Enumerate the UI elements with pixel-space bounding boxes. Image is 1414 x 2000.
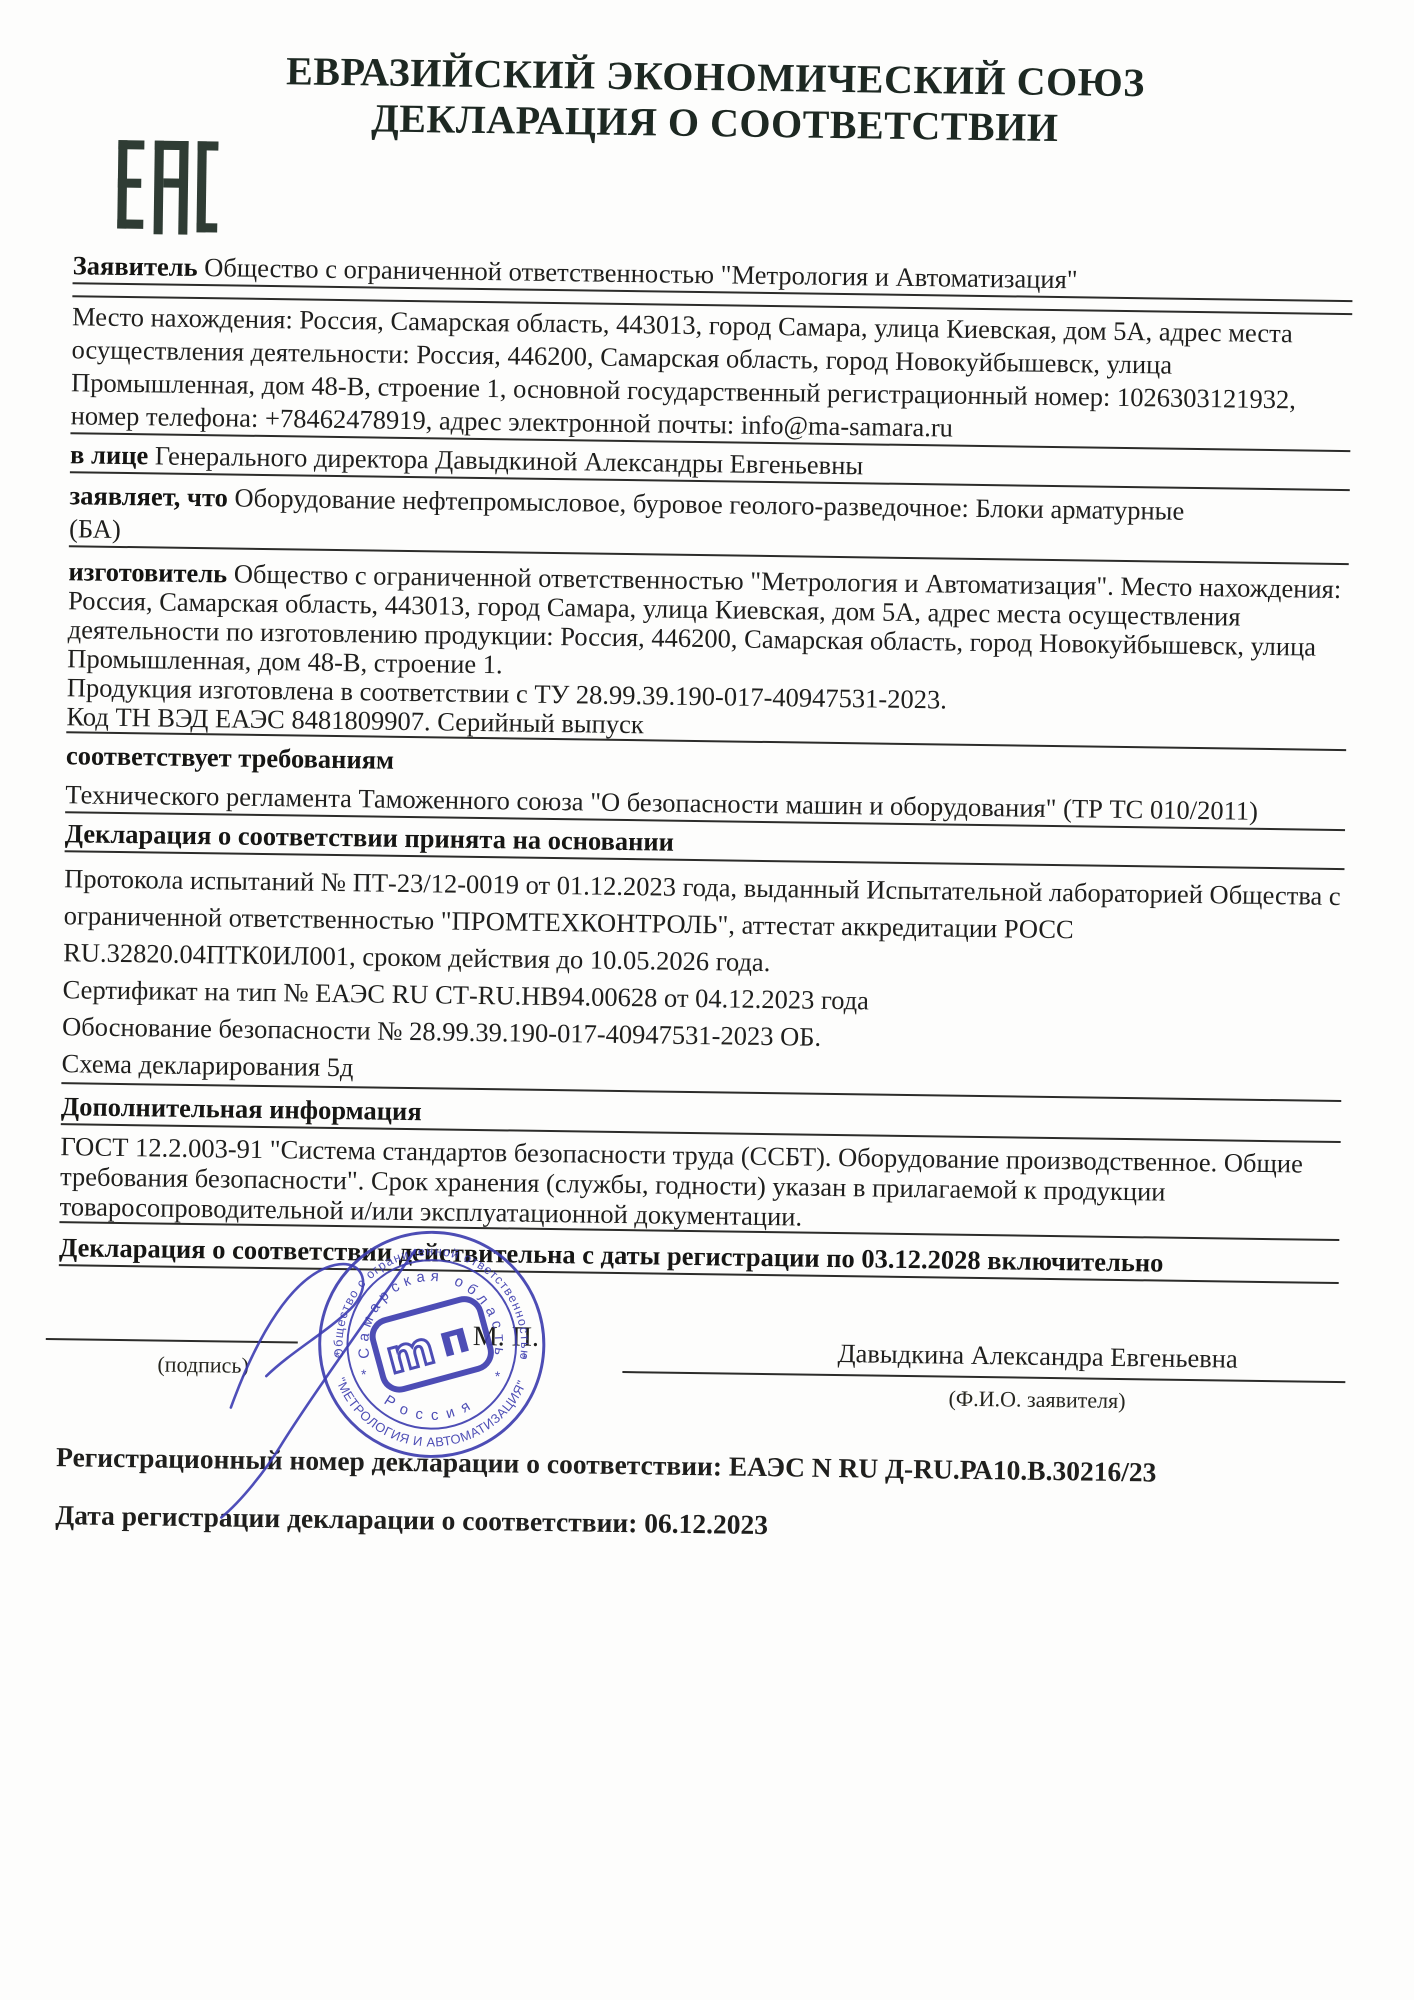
document-content: ЕВРАЗИЙСКИЙ ЭКОНОМИЧЕСКИЙ СОЮЗ ДЕКЛАРАЦИ… xyxy=(0,0,1414,1553)
stamp-asterisk: * xyxy=(522,1350,528,1366)
applicant-value: Общество с ограниченной ответственностью… xyxy=(204,252,1078,294)
in-person-label: в лице xyxy=(70,439,149,470)
eac-mark-icon xyxy=(113,134,218,241)
applicant-address: Место нахождения: Россия, Самарская обла… xyxy=(70,300,1352,450)
basis-block: Протокола испытаний № ПТ-23/12-0019 от 0… xyxy=(61,860,1344,1100)
gost-text: ГОСТ 12.2.003-91 "Система стандартов без… xyxy=(59,1131,1340,1239)
protocol-text: Протокола испытаний № ПТ-23/12-0019 от 0… xyxy=(63,860,1344,989)
manufacturer-value: Общество с ограниченной ответственностью… xyxy=(67,559,1341,680)
applicant-fio: Давыдкина Александра Евгеньевна xyxy=(757,1336,1317,1377)
declares-label: заявляет, что xyxy=(69,480,228,512)
declaration-document: ЕВРАЗИЙСКИЙ ЭКОНОМИЧЕСКИЙ СОЮЗ ДЕКЛАРАЦИ… xyxy=(0,0,1414,2000)
applicant-label: Заявитель xyxy=(73,250,198,282)
handwritten-signature xyxy=(175,1235,499,1559)
manufacturer-row: изготовитель Общество с ограниченной отв… xyxy=(67,557,1348,691)
document-body: Заявитель Общество с ограниченной ответс… xyxy=(55,249,1353,1552)
manufacturer-label: изготовитель xyxy=(68,556,227,588)
signature-section: (подпись) М. П. Давыдкина Александра Евг… xyxy=(57,1268,1339,1446)
fio-caption: (Ф.И.О. заявителя) xyxy=(757,1379,1317,1420)
eac-letters xyxy=(117,140,218,235)
document-title: ЕВРАЗИЙСКИЙ ЭКОНОМИЧЕСКИЙ СОЮЗ ДЕКЛАРАЦИ… xyxy=(75,45,1356,155)
product-description: Оборудование нефтепромысловое, буровое г… xyxy=(69,483,1185,544)
declares-row: заявляет, что Оборудование нефтепромысло… xyxy=(69,479,1350,563)
